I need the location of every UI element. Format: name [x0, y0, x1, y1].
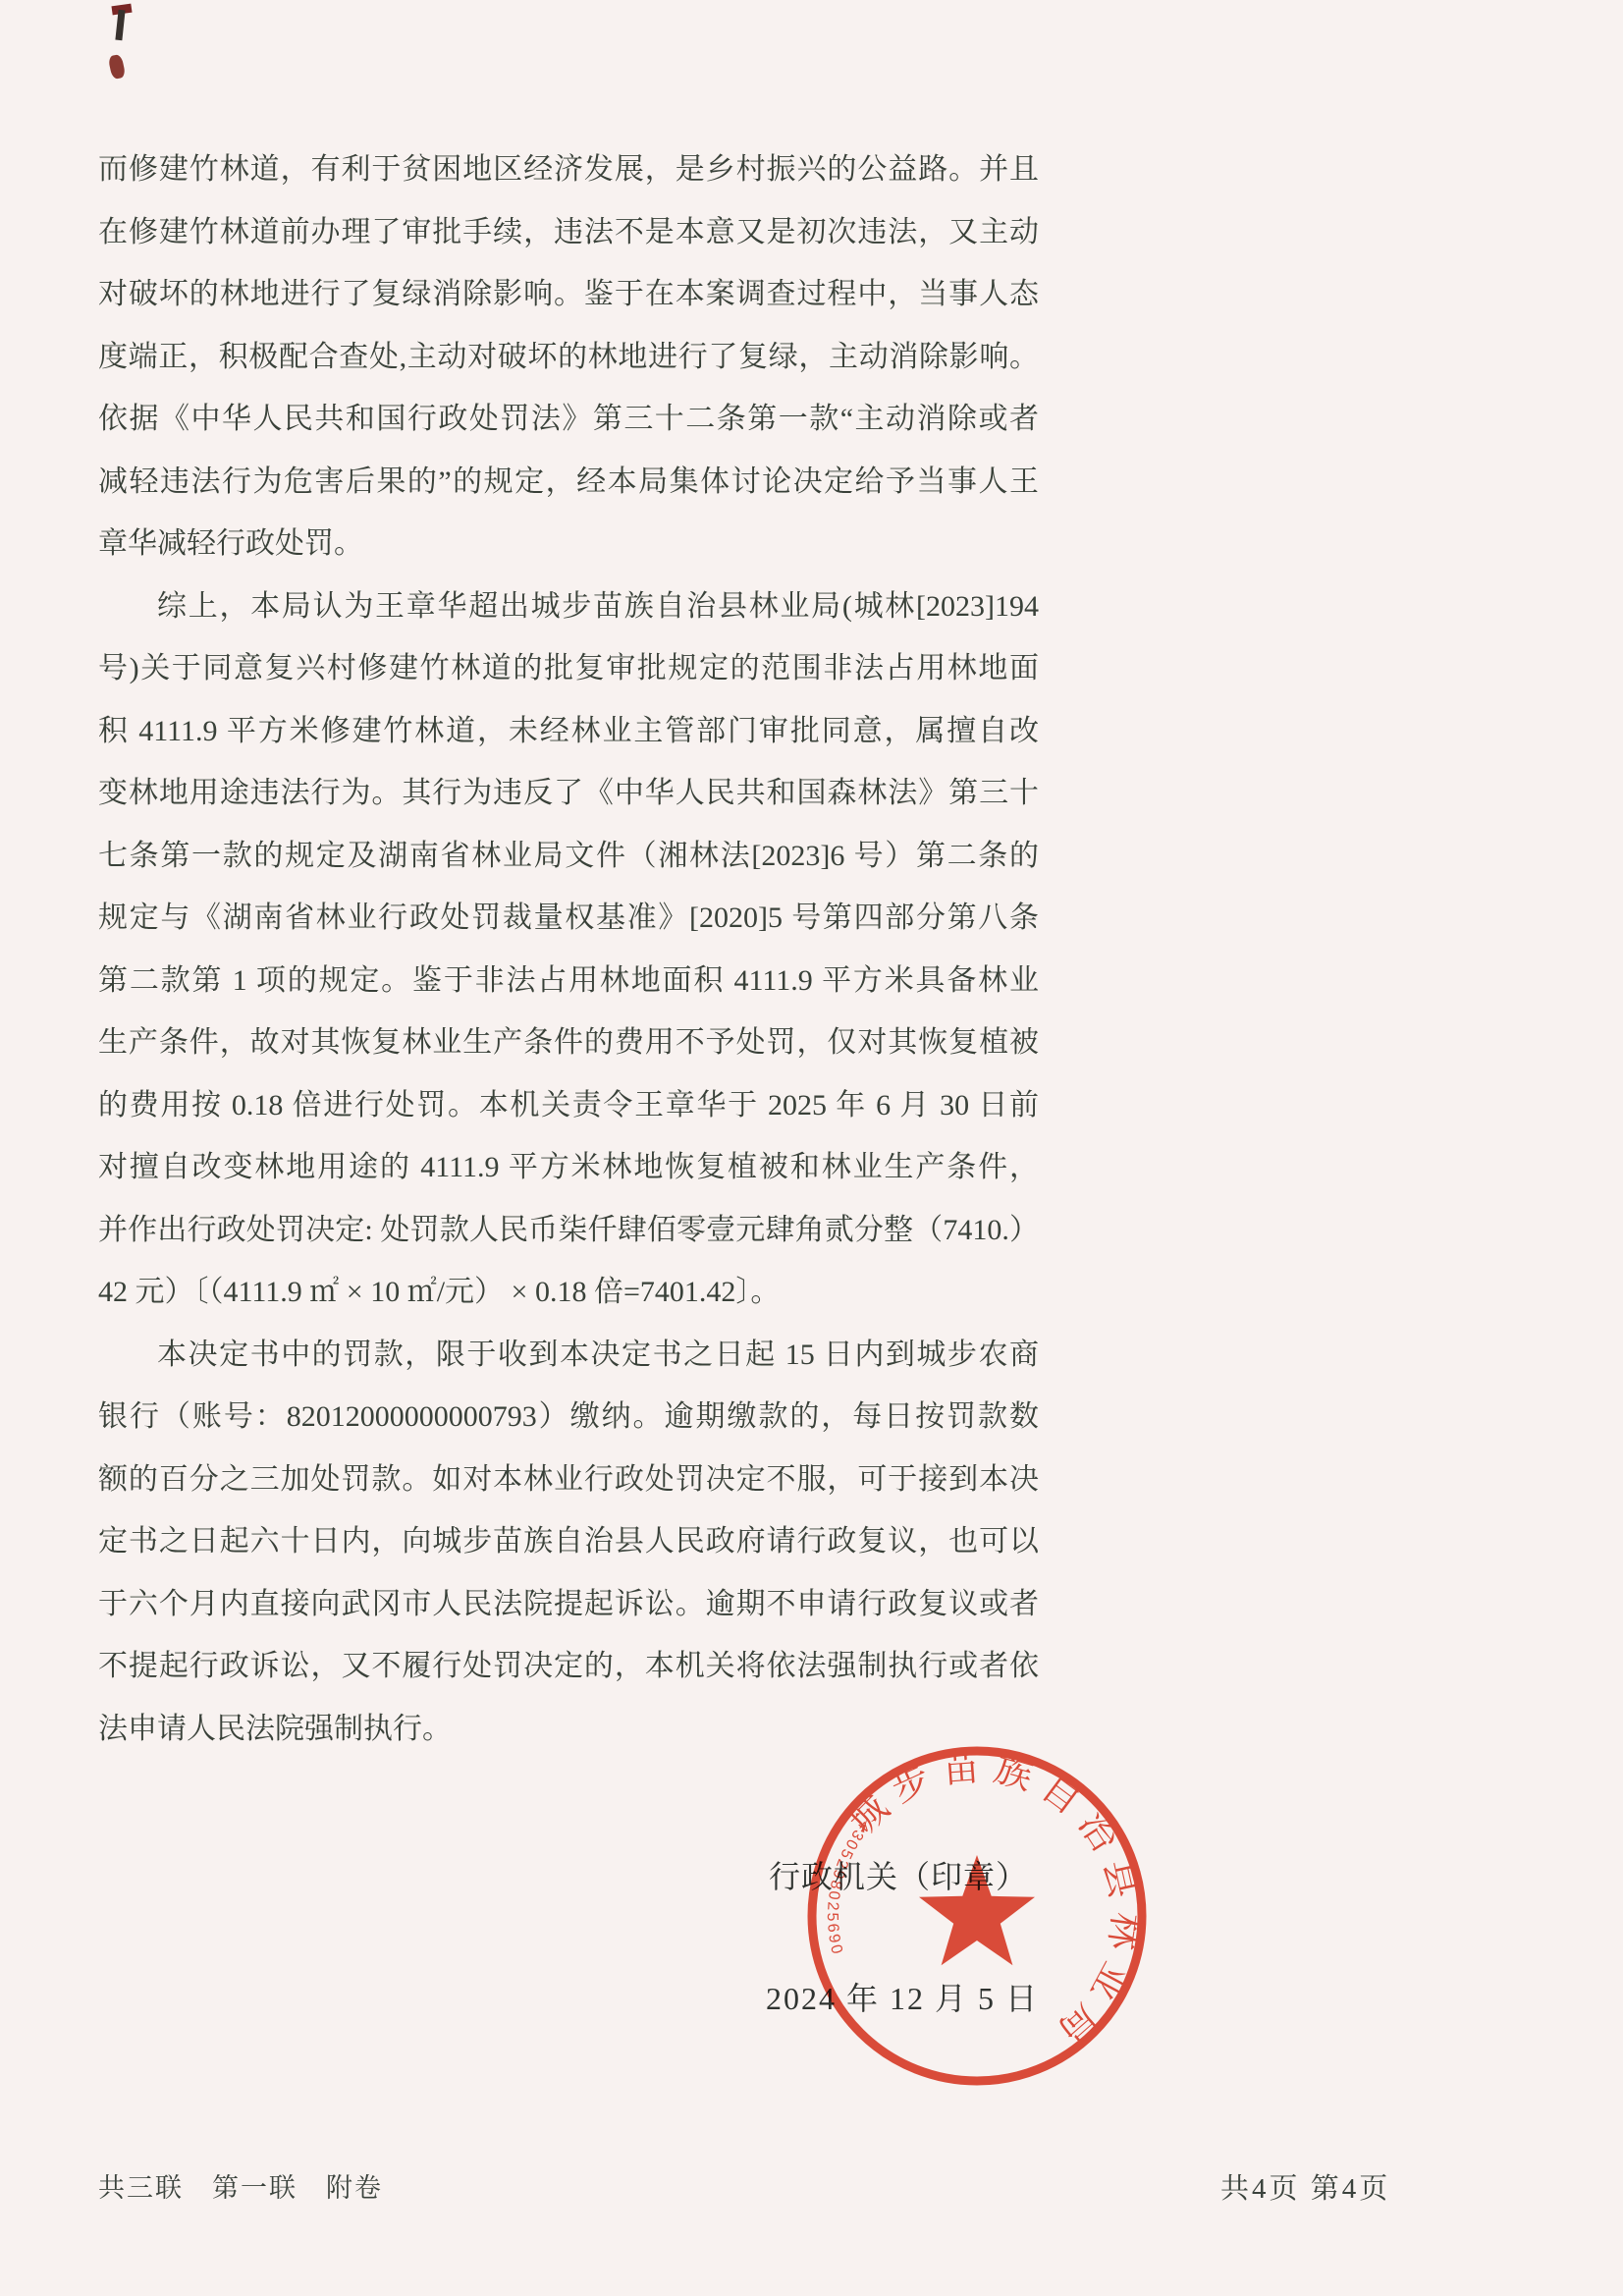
document-line: 而修建竹林道，有利于贫困地区经济发展，是乡村振兴的公益路。并且 — [98, 138, 1039, 201]
seal-star-icon — [919, 1855, 1035, 1965]
document-line: 生产条件，故对其恢复林业生产条件的费用不予处罚，仅对其恢复植被 — [98, 1011, 1039, 1074]
document-line: 综上，本局认为王章华超出城步苗族自治县林业局(城林[2023]194 — [98, 575, 1039, 638]
document-line: 第二款第 1 项的规定。鉴于非法占用林地面积 4111.9 平方米具备林业 — [98, 950, 1039, 1012]
document-line: 减轻违法行为危害后果的”的规定，经本局集体讨论决定给予当事人王 — [98, 451, 1039, 514]
document-line: 变林地用途违法行为。其行为违反了《中华人民共和国森林法》第三十 — [98, 762, 1039, 825]
document-line: 对擅自改变林地用途的 4111.9 平方米林地恢复植被和林业生产条件， — [98, 1136, 1039, 1199]
document-line: 42 元）〔（4111.9 ㎡ × 10 ㎡/元） × 0.18 倍=7401.… — [98, 1261, 1039, 1324]
document-body: 而修建竹林道，有利于贫困地区经济发展，是乡村振兴的公益路。并且 在修建竹林道前办… — [98, 138, 1039, 1760]
document-line: 在修建竹林道前办理了审批手续，违法不是本意又是初次违法，又主动 — [98, 201, 1039, 264]
document-line: 号)关于同意复兴村修建竹林道的批复审批规定的范围非法占用林地面 — [98, 637, 1039, 700]
document-line: 的费用按 0.18 倍进行处罚。本机关责令王章华于 2025 年 6 月 30 … — [98, 1074, 1039, 1137]
document-line: 并作出行政处罚决定: 处罚款人民币柒仟肆佰零壹元肆角贰分整（7410.） — [98, 1199, 1039, 1262]
document-line: 依据《中华人民共和国行政处罚法》第三十二条第一款“主动消除或者 — [98, 388, 1039, 451]
document-line: 不提起行政诉讼，又不履行处罚决定的，本机关将依法强制执行或者依 — [98, 1635, 1039, 1698]
scan-artifact-mark — [108, 54, 127, 80]
document-line: 对破坏的林地进行了复绿消除影响。鉴于在本案调查过程中，当事人态 — [98, 263, 1039, 326]
scanned-document-page: 而修建竹林道，有利于贫困地区经济发展，是乡村振兴的公益路。并且 在修建竹林道前办… — [0, 0, 1623, 2296]
footer-copy-info: 共三联 第一联 附卷 — [98, 2166, 383, 2205]
document-line: 积 4111.9 平方米修建竹林道，未经林业主管部门审批同意，属擅自改 — [98, 700, 1039, 763]
document-line: 度端正，积极配合查处,主动对破坏的林地进行了复绿，主动消除影响。 — [98, 326, 1039, 389]
document-line: 银行（账号：82012000000000793）缴纳。逾期缴款的，每日按罚款数 — [98, 1386, 1039, 1449]
official-seal-stamp: 城步苗族自治县林业局 4305298025690 — [756, 1695, 1198, 2137]
footer-page-number: 共4页 第4页 — [1220, 2166, 1390, 2207]
document-line: 规定与《湖南省林业行政处罚裁量权基准》[2020]5 号第四部分第八条 — [98, 887, 1039, 950]
document-line: 额的百分之三加处罚款。如对本林业行政处罚决定不服，可于接到本决 — [98, 1449, 1039, 1511]
document-line: 定书之日起六十日内，向城步苗族自治县人民政府请行政复议，也可以 — [98, 1510, 1039, 1573]
document-line: 章华减轻行政处罚。 — [98, 513, 1039, 575]
document-line: 于六个月内直接向武冈市人民法院提起诉讼。逾期不申请行政复议或者 — [98, 1573, 1039, 1636]
document-line: 七条第一款的规定及湖南省林业局文件（湘林法[2023]6 号）第二条的 — [98, 825, 1039, 888]
document-line: 本决定书中的罚款，限于收到本决定书之日起 15 日内到城步农商 — [98, 1324, 1039, 1387]
